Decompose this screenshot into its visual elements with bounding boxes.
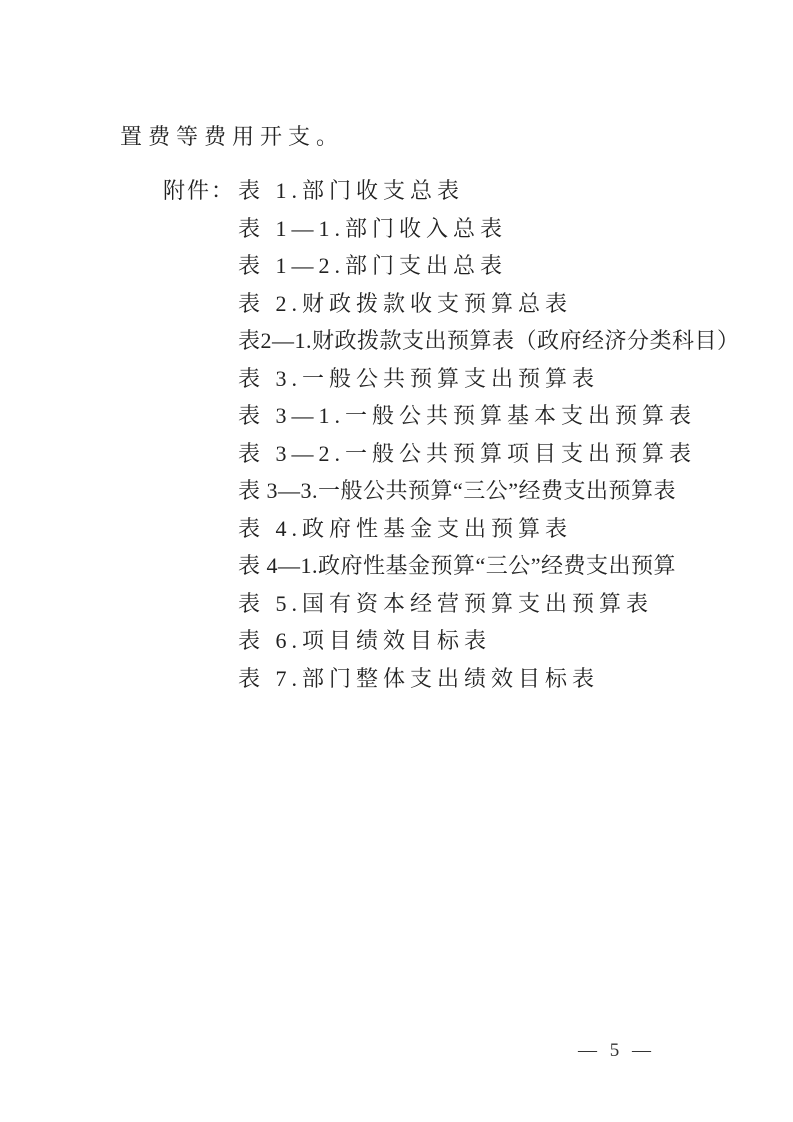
page-number: — 5 — — [578, 1040, 655, 1062]
attachment-item: 表 3—1.一般公共预算基本支出预算表 — [238, 397, 740, 435]
attachment-item: 表 4.政府性基金支出预算表 — [238, 510, 740, 548]
attachment-item: 表 5.国有资本经营预算支出预算表 — [238, 585, 740, 623]
attachment-item: 表 2.财政拨款收支预算总表 — [238, 285, 740, 323]
paragraph-continuation-text: 置费等费用开支。 — [120, 122, 344, 152]
attachments-block: 附件： 表 1.部门收支总表 表 1—1.部门收入总表 表 1—2.部门支出总表… — [163, 172, 740, 697]
attachments-list: 表 1.部门收支总表 表 1—1.部门收入总表 表 1—2.部门支出总表 表 2… — [235, 172, 740, 697]
attachment-item: 表 3.一般公共预算支出预算表 — [238, 360, 740, 398]
attachment-item: 表 1.部门收支总表 — [238, 172, 740, 210]
attachments-label: 附件： — [163, 172, 235, 210]
attachment-item: 表 3—3.一般公共预算“三公”经费支出预算表 — [238, 472, 740, 510]
document-page: 置费等费用开支。 附件： 表 1.部门收支总表 表 1—1.部门收入总表 表 1… — [0, 0, 793, 1122]
attachment-item: 表 6.项目绩效目标表 — [238, 622, 740, 660]
attachment-item: 表2—1.财政拨款支出预算表（政府经济分类科目） — [238, 322, 740, 360]
attachment-item: 表 3—2.一般公共预算项目支出预算表 — [238, 435, 740, 473]
attachment-item: 表 7.部门整体支出绩效目标表 — [238, 660, 740, 698]
attachment-item: 表 1—2.部门支出总表 — [238, 247, 740, 285]
attachment-item: 表 4—1.政府性基金预算“三公”经费支出预算 — [238, 547, 740, 585]
attachment-item: 表 1—1.部门收入总表 — [238, 210, 740, 248]
